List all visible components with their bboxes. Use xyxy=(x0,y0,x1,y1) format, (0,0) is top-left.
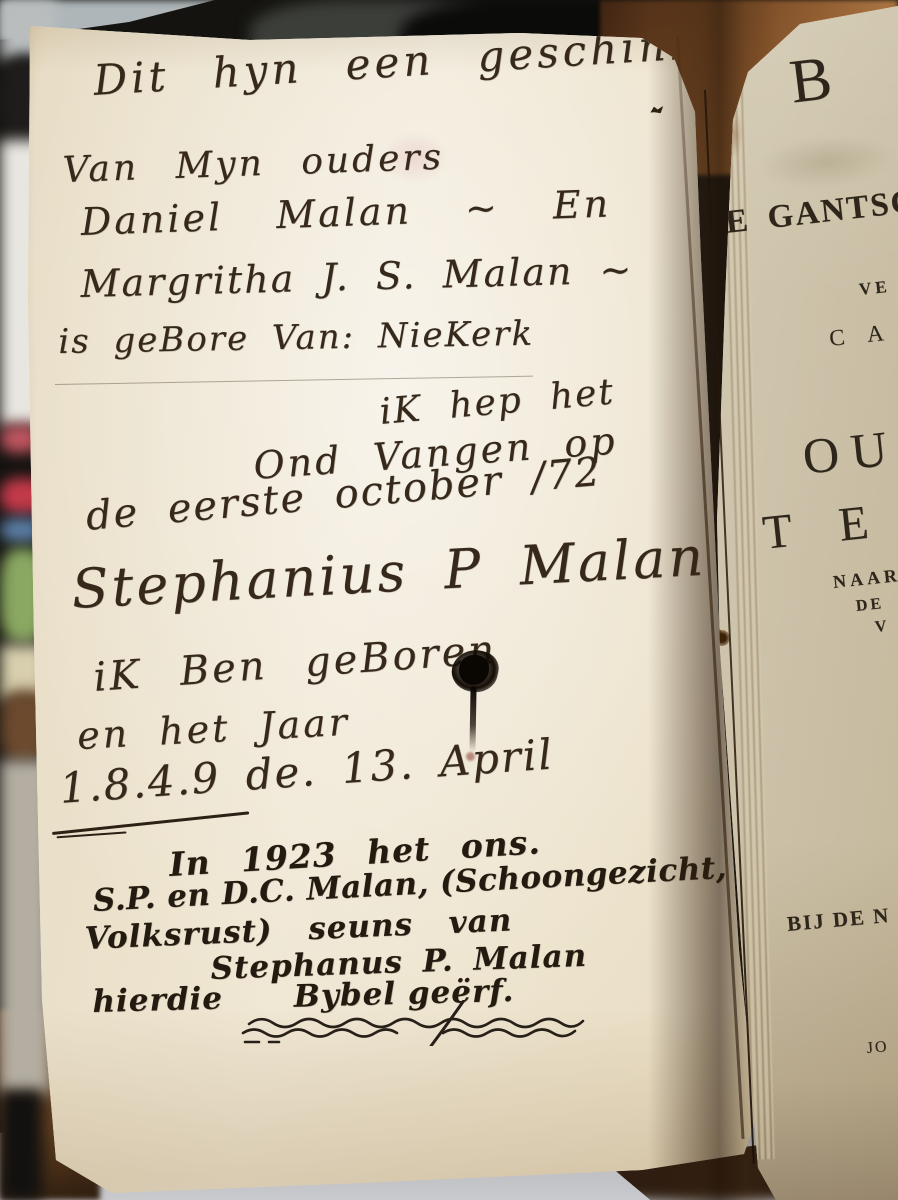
background-dark-shape xyxy=(0,1090,42,1200)
ink-spot xyxy=(466,752,475,761)
handwritten-line: is geBore Van: NieKerk xyxy=(58,314,534,362)
flourish-underline xyxy=(235,1000,627,1046)
printed-line: DE xyxy=(855,595,885,616)
photo-open-antique-bible: Dit hyn een geschink Van Myn ouders Dani… xyxy=(0,0,898,1200)
printed-line: V xyxy=(874,618,887,637)
printed-line: JO xyxy=(866,1038,889,1058)
ink-drip xyxy=(469,686,476,752)
printed-line: VE xyxy=(858,277,892,300)
